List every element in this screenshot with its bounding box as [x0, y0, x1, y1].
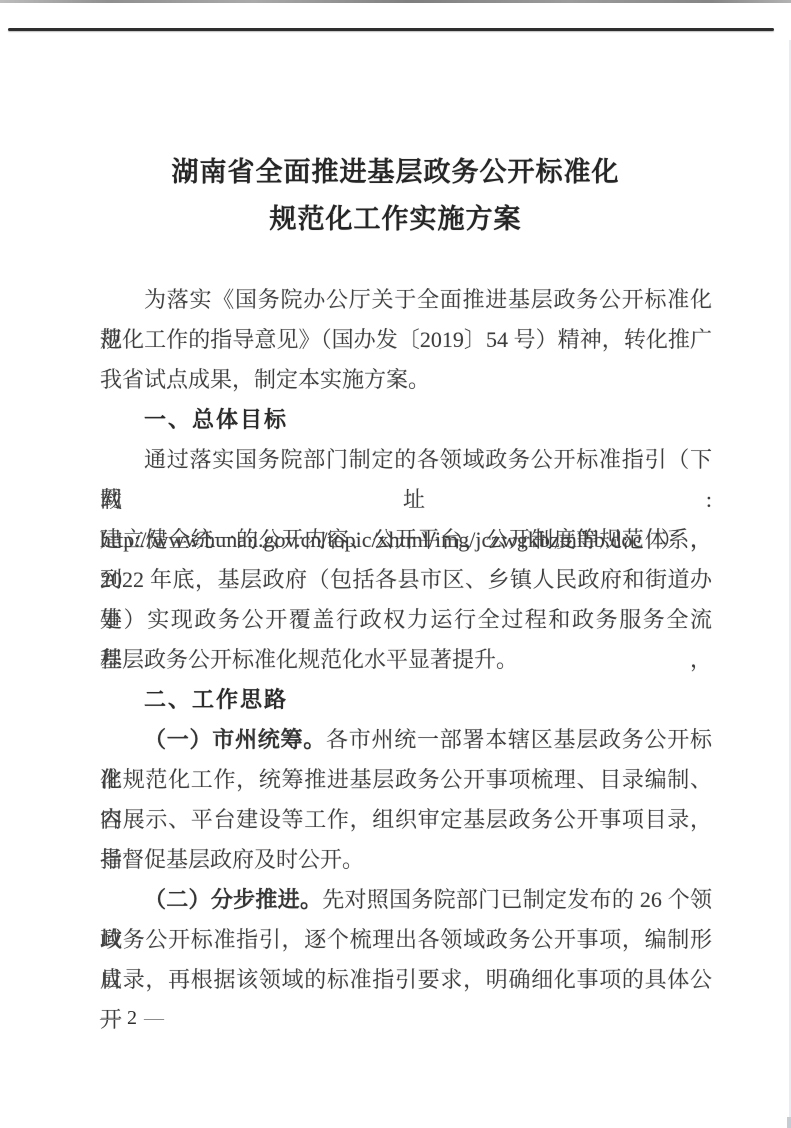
body-line-13: 化规范化工作，统筹推进基层政务公开事项梳理、目录编制、内 — [100, 760, 712, 800]
body-line-14: 容展示、平台建设等工作，组织审定基层政务公开事项目录，指 — [100, 800, 712, 840]
page-number: —2— — [100, 1005, 164, 1031]
page-number-left-dash: — — [100, 1007, 120, 1029]
body-line-16: （二）分步推进。先对照国务院部门已制定发布的 26 个领域 — [100, 880, 712, 920]
item-lead-city-coordination: （一）市州统筹。 — [144, 727, 326, 752]
body-line-8: 2022 年底，基层政府（包括各县市区、乡镇人民政府和街道办事 — [100, 560, 712, 600]
page-number-right-dash: — — [144, 1007, 164, 1029]
body-line-17: 政务公开标准指引，逐个梳理出各领域政务公开事项，编制形成 — [100, 920, 712, 960]
document-title: 湖南省全面推进基层政务公开标准化 规范化工作实施方案 — [0, 149, 791, 243]
body-line-5: 通过落实国务院部门制定的各领域政务公开标准指引（下载 — [100, 440, 712, 480]
body-line-2: 范化工作的指导意见》（国办发〔2019〕54 号）精神，转化推广 — [100, 320, 712, 360]
scan-artifact-corner-mark — [787, 1117, 791, 1128]
body-line-6-download-url: 网址: http://www.hunan.gov.cn/topic/xhtml/… — [100, 480, 712, 520]
body-line-15: 导督促基层政府及时公开。 — [100, 840, 712, 880]
section-heading-overall-goals: 一、总体目标 — [100, 400, 712, 440]
scanned-document-page: 湖南省全面推进基层政务公开标准化 规范化工作实施方案 为落实《国务院办公厅关于全… — [0, 0, 791, 1128]
body-line-9: 处）实现政务公开覆盖行政权力运行全过程和政务服务全流程， — [100, 600, 712, 640]
body-line-1: 为落实《国务院办公厅关于全面推进基层政务公开标准化规 — [100, 280, 712, 320]
body-line-18: 目录，再根据该领域的标准指引要求，明确细化事项的具体公开 — [100, 960, 712, 1000]
body-line-7: 建立健全统一的公开内容、公开平台、公开制度等规范体系，到 — [100, 520, 712, 560]
document-body: 为落实《国务院办公厅关于全面推进基层政务公开标准化规 范化工作的指导意见》（国办… — [100, 280, 712, 1000]
item-lead-step-by-step: （二）分步推进。 — [144, 887, 322, 912]
scan-artifact-top-edge — [0, 0, 791, 3]
body-line-12: （一）市州统筹。各市州统一部署本辖区基层政务公开标准 — [100, 720, 712, 760]
body-line-3: 我省试点成果，制定本实施方案。 — [100, 360, 712, 400]
document-title-line1: 湖南省全面推进基层政务公开标准化 — [0, 149, 791, 196]
page-number-value: 2 — [127, 1007, 137, 1029]
document-title-line2: 规范化工作实施方案 — [0, 196, 791, 243]
section-heading-work-approach: 二、工作思路 — [100, 680, 712, 720]
scan-artifact-fold-line — [8, 28, 774, 31]
